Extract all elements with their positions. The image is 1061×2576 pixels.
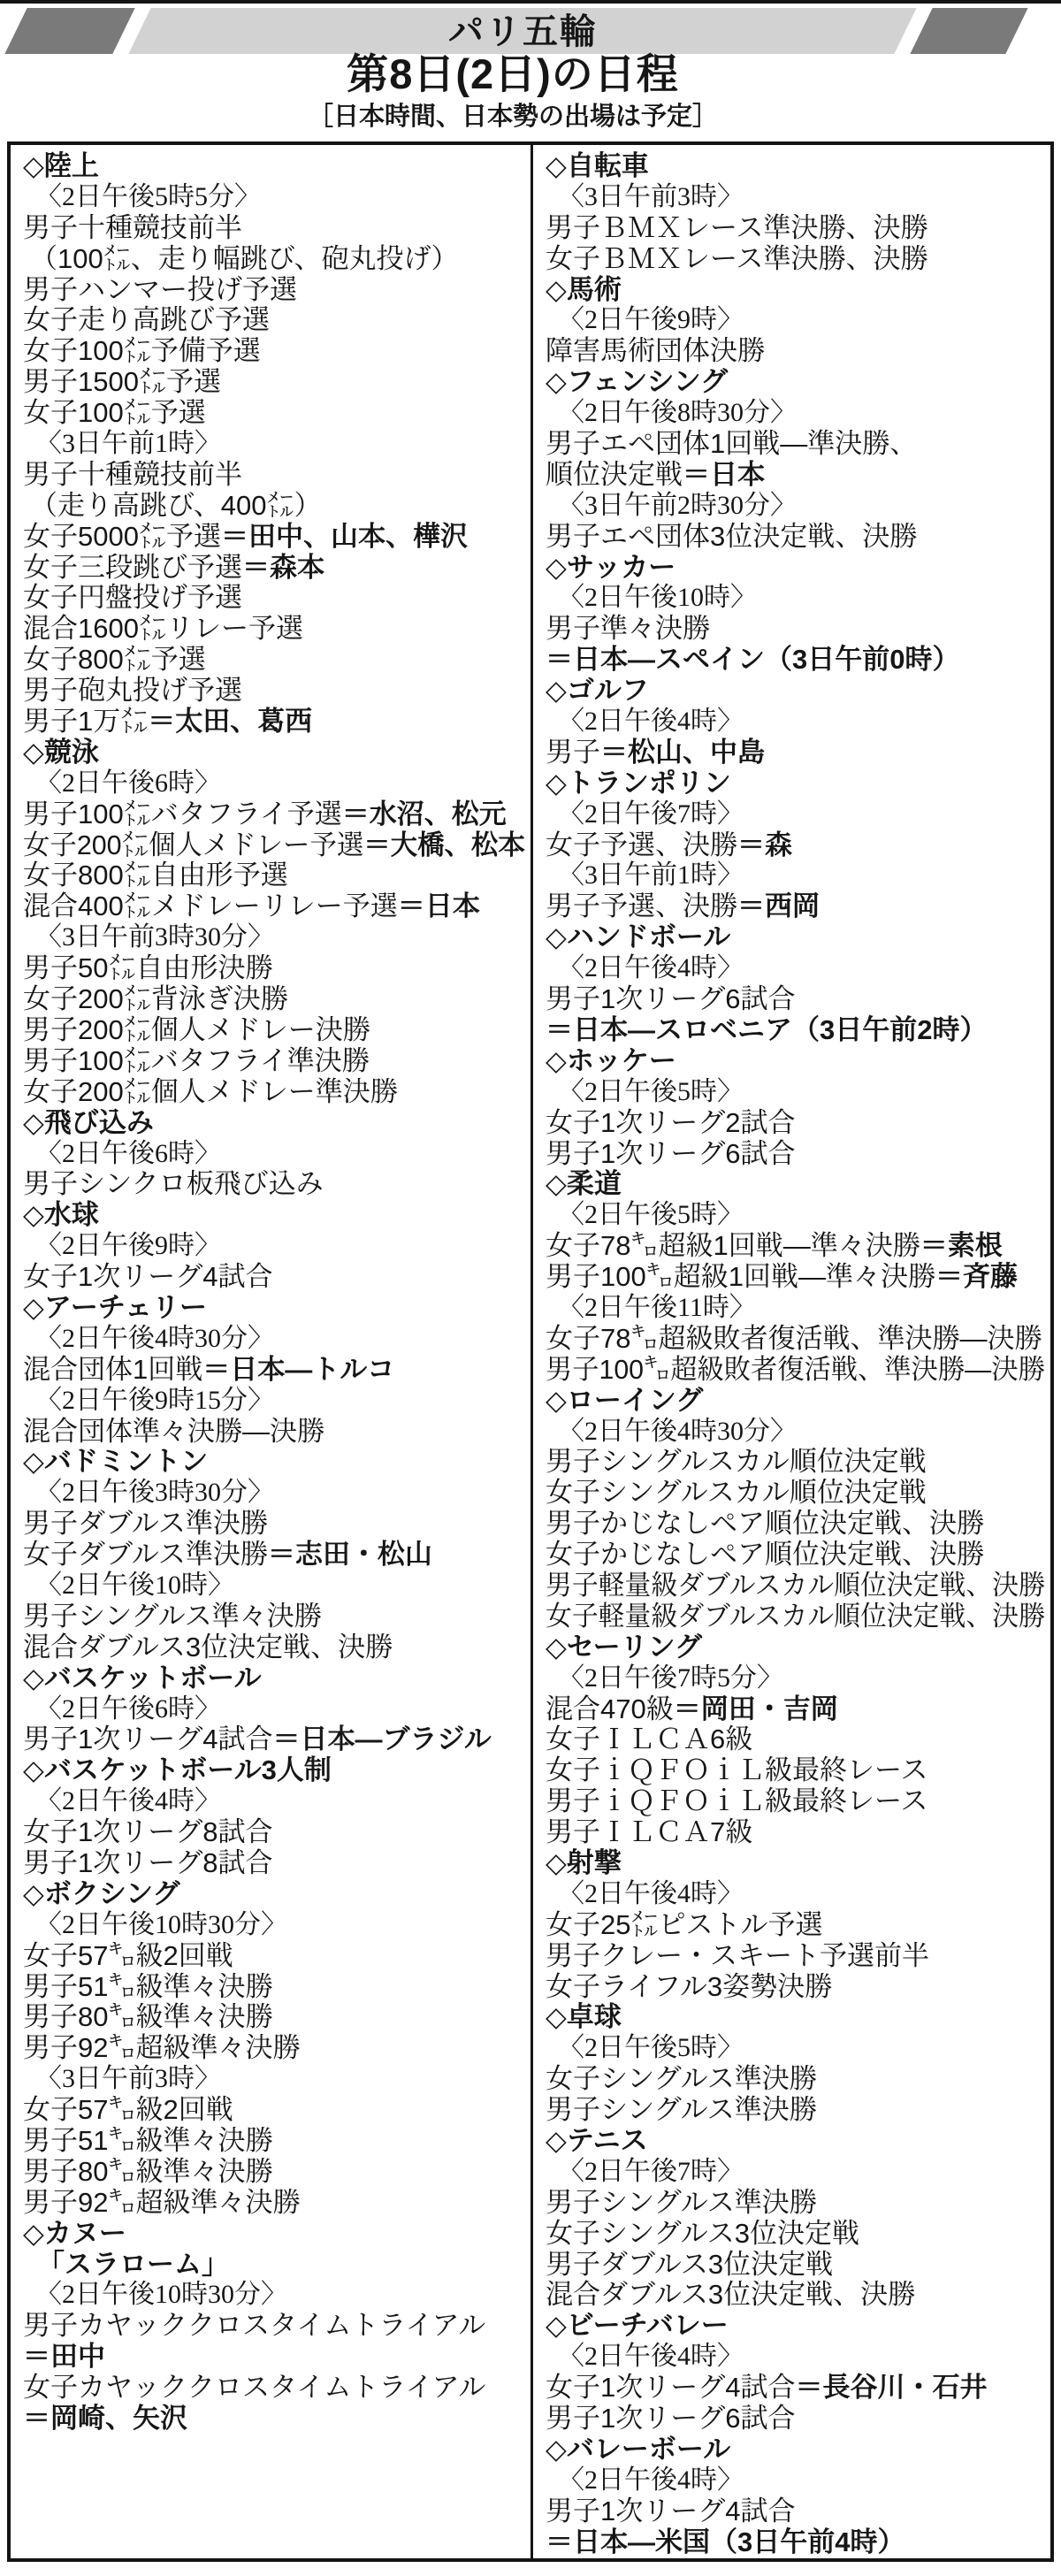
event-item: ＝日本―スペイン（3日午前0時） xyxy=(546,645,1045,676)
event-item: 混合団体1回戦＝日本―トルコ xyxy=(23,1355,525,1386)
line-text: 男子シングルス準決勝 xyxy=(546,2095,817,2126)
line-text: ＝日本―スペイン（3日午前0時） xyxy=(546,645,959,676)
event-item: （走り高跳び、400㍍） xyxy=(23,491,525,522)
line-text: 女子1次リーグ4試合＝長谷川・石井 xyxy=(546,2373,987,2404)
session-time: 〈2日午後10時〉 xyxy=(546,583,1045,614)
line-text: 男子1次リーグ6試合 xyxy=(546,984,795,1015)
session-time: 〈2日午後8時30分〉 xyxy=(546,398,1045,429)
line-text: 男子シングルスカル順位決定戦 xyxy=(546,1447,927,1478)
line-text: 〈2日午後4時〉 xyxy=(558,953,744,984)
line-text: 〈3日午前1時〉 xyxy=(35,429,221,460)
line-text: 「スラローム」 xyxy=(37,2250,229,2281)
line-text: 男子1次リーグ6試合 xyxy=(546,2404,795,2435)
line-text: （走り高跳び、400㍍） xyxy=(30,491,321,522)
line-text: 男子1万㍍＝太田、葛西 xyxy=(23,707,312,738)
event-item: 女子1次リーグ4試合＝長谷川・石井 xyxy=(546,2373,1045,2404)
line-text: 男子1次リーグ8試合 xyxy=(23,1848,272,1879)
sport-header: ◇ホッケー xyxy=(546,1046,1045,1077)
event-item: 女子200㍍背泳ぎ決勝 xyxy=(23,984,525,1015)
session-time: 〈3日午前3時30分〉 xyxy=(23,922,525,953)
event-item: 男子エペ団体1回戦―準決勝、 xyxy=(546,429,1045,460)
line-text: ◇飛び込み xyxy=(23,1108,154,1139)
line-text: 男子51㌔級準々決勝 xyxy=(23,1972,272,2003)
sport-header: ◇自転車 xyxy=(546,151,1045,182)
line-text: 〈2日午後6時〉 xyxy=(35,1139,221,1170)
sport-header: ◇柔道 xyxy=(546,1169,1045,1200)
line-text: 女子ｉＱＦＯｉＬ級最終レース xyxy=(546,1755,927,1786)
event-item: 順位決定戦＝日本 xyxy=(546,460,1045,491)
line-text: 〈2日午後9時15分〉 xyxy=(35,1386,274,1417)
event-item: 女子ＢＭＸレース準決勝、決勝 xyxy=(546,244,1045,275)
line-text: 女子78㌔超級1回戦―準々決勝＝素根 xyxy=(546,1231,1003,1262)
event-item: 女子シングルス準決勝 xyxy=(546,2064,1045,2095)
sport-header: ◇アーチェリー xyxy=(23,1293,525,1324)
line-text: 女子走り高跳び予選 xyxy=(23,305,270,336)
session-time: 〈2日午後4時30分〉 xyxy=(546,1417,1045,1448)
session-time: 〈2日午後6時〉 xyxy=(23,1139,525,1170)
event-item: 女子1次リーグ8試合 xyxy=(23,1817,525,1848)
line-text: 男子200㍍個人メドレー決勝 xyxy=(23,1015,370,1046)
line-text: 女子5000㍍予選＝田中、山本、樺沢 xyxy=(23,522,468,553)
line-text: 男子80㌔級準々決勝 xyxy=(23,2002,272,2033)
event-item: 男子砲丸投げ予選 xyxy=(23,676,525,707)
top-rule xyxy=(0,0,1061,4)
page-subtitle: ［日本時間、日本勢の出場は予定］ xyxy=(0,101,1026,133)
line-text: 女子200㍍個人メドレー予選＝大橋、松本 xyxy=(23,830,525,861)
session-time: 〈2日午後9時〉 xyxy=(23,1231,525,1262)
sport-header: ◇トランポリン xyxy=(546,768,1045,799)
event-item: 男子92㌔超級準々決勝 xyxy=(23,2033,525,2064)
event-item: 男子ダブルス準決勝 xyxy=(23,1509,525,1540)
line-text: ◇セーリング xyxy=(546,1632,702,1663)
line-text: 男子80㌔級準々決勝 xyxy=(23,2157,272,2188)
sport-header: ◇バスケットボール xyxy=(23,1663,525,1694)
line-text: 〈2日午後10時30分〉 xyxy=(35,1910,287,1941)
line-text: ◇卓球 xyxy=(546,2002,622,2033)
sport-header: ◇ゴルフ xyxy=(546,676,1045,707)
schedule-column-left: ◇陸上〈2日午後5時5分〉男子十種競技前半（100㍍、走り幅跳び、砲丸投げ）男子… xyxy=(11,145,530,2558)
line-text: 〈2日午後6時〉 xyxy=(35,768,221,799)
sport-header: ◇射撃 xyxy=(546,1848,1045,1879)
line-text: ◇競泳 xyxy=(23,738,99,768)
event-item: 男子100㍍バタフライ予選＝水沼、松元 xyxy=(23,799,525,830)
sport-header: ◇ローイング xyxy=(546,1386,1045,1417)
line-text: 〈2日午後4時〉 xyxy=(35,1786,221,1817)
event-item: 男子シングルス準々決勝 xyxy=(23,1601,525,1632)
event-item: 女子57㌔級2回戦 xyxy=(23,1941,525,1972)
event-item: 女子100㍍予備予選 xyxy=(23,336,525,367)
sport-header: ◇バスケットボール3人制 xyxy=(23,1755,525,1786)
event-item: 女子100㍍予選 xyxy=(23,398,525,429)
event-item: 男子100㍍バタフライ準決勝 xyxy=(23,1046,525,1077)
session-time: 〈2日午後7時〉 xyxy=(546,799,1045,830)
line-text: 男子ＩＬＣＡ7級 xyxy=(546,1817,752,1848)
line-text: 男子ＢＭＸレース準決勝、決勝 xyxy=(546,213,927,244)
line-text: ＝日本―スロベニア（3日午前2時） xyxy=(546,1015,987,1046)
line-text: 男子準々決勝 xyxy=(546,614,710,645)
line-text: 男子シンクロ板飛び込み xyxy=(23,1169,324,1200)
line-text: ＝日本―米国（3日午前4時） xyxy=(546,2527,905,2558)
line-text: 女子ＩＬＣＡ6級 xyxy=(546,1724,752,1755)
line-text: 〈2日午後4時〉 xyxy=(558,2342,744,2373)
event-item: 男子シングルス準決勝 xyxy=(546,2188,1045,2219)
line-text: 男子100㍍バタフライ準決勝 xyxy=(23,1046,370,1077)
line-text: 女子57㌔級2回戦 xyxy=(23,1941,233,1972)
line-text: ◇自転車 xyxy=(546,151,649,182)
line-text: ◇バレーボール xyxy=(546,2435,730,2465)
event-item: 男子100㌔超級1回戦―準々決勝＝斉藤 xyxy=(546,1262,1045,1293)
event-item: 障害馬術団体決勝 xyxy=(546,336,1045,367)
event-item: 女子予選、決勝＝森 xyxy=(546,830,1045,861)
line-text: 女子ダブルス準決勝＝志田・松山 xyxy=(23,1540,432,1571)
line-text: 男子クレー・スキート予選前半 xyxy=(546,1941,929,1972)
line-text: 〈2日午後7時〉 xyxy=(558,799,744,830)
line-text: 女子800㍍自由形予選 xyxy=(23,860,288,891)
event-item: 女子かじなしペア順位決定戦、決勝 xyxy=(546,1540,1045,1571)
line-text: 〈2日午後3時30分〉 xyxy=(35,1478,274,1509)
line-text: 女子シングルスカル順位決定戦 xyxy=(546,1478,927,1509)
sport-header: ◇水球 xyxy=(23,1200,525,1231)
line-text: 〈3日午前3時〉 xyxy=(35,2064,221,2095)
line-text: 〈2日午後4時30分〉 xyxy=(35,1324,274,1355)
event-item: 女子78㌔超級1回戦―準々決勝＝素根 xyxy=(546,1231,1045,1262)
session-time: 〈3日午前1時〉 xyxy=(546,860,1045,891)
line-text: 〈2日午後5時〉 xyxy=(558,1077,744,1108)
event-item: 男子ダブルス3位決定戦 xyxy=(546,2250,1045,2281)
line-text: ◇水球 xyxy=(23,1200,99,1231)
event-item: 女子軽量級ダブルスカル順位決定戦、決勝 xyxy=(546,1601,1045,1632)
line-text: 女子ライフル3姿勢決勝 xyxy=(546,1972,832,2003)
event-item: 女子78㌔超級敗者復活戦、準決勝―決勝 xyxy=(546,1324,1045,1355)
event-item: 男子92㌔超級準々決勝 xyxy=(23,2188,525,2219)
line-text: （100㍍、走り幅跳び、砲丸投げ） xyxy=(30,244,458,275)
event-item: 女子ＩＬＣＡ6級 xyxy=(546,1724,1045,1755)
line-text: 男子エペ団体1回戦―準決勝、 xyxy=(546,429,917,460)
line-text: 〈3日午前3時〉 xyxy=(558,182,744,213)
line-text: ◇ローイング xyxy=(546,1386,703,1417)
line-text: 〈2日午後4時〉 xyxy=(558,1879,744,1910)
event-item: 女子800㍍自由形予選 xyxy=(23,860,525,891)
sport-header: ◇ビーチバレー xyxy=(546,2311,1045,2342)
line-text: 男子92㌔超級準々決勝 xyxy=(23,2188,300,2219)
line-text: 男子十種競技前半 xyxy=(23,213,242,244)
event-item: 男子80㌔級準々決勝 xyxy=(23,2157,525,2188)
line-text: 順位決定戦＝日本 xyxy=(546,460,765,491)
event-item: 「スラローム」 xyxy=(23,2250,525,2281)
line-text: 〈2日午後9時〉 xyxy=(558,305,744,336)
event-item: 女子200㍍個人メドレー予選＝大橋、松本 xyxy=(23,830,525,861)
line-text: ◇ホッケー xyxy=(546,1046,676,1077)
session-time: 〈2日午後7時5分〉 xyxy=(546,1663,1045,1694)
line-text: 女子100㍍予備予選 xyxy=(23,336,261,367)
session-time: 〈2日午後7時〉 xyxy=(546,2157,1045,2188)
line-text: 女子1次リーグ8試合 xyxy=(23,1817,272,1848)
line-text: ＝岡崎、矢沢 xyxy=(23,2404,187,2435)
line-text: 〈2日午後7時5分〉 xyxy=(558,1663,783,1694)
sport-header: ◇バレーボール xyxy=(546,2435,1045,2465)
event-item: 男子エペ団体3位決定戦、決勝 xyxy=(546,522,1045,553)
line-text: 〈2日午後4時〉 xyxy=(558,707,744,738)
event-item: 男子準々決勝 xyxy=(546,614,1045,645)
line-text: 〈2日午後10時〉 xyxy=(35,1571,234,1601)
line-text: ◇アーチェリー xyxy=(23,1293,207,1324)
event-item: 女子200㍍個人メドレー準決勝 xyxy=(23,1077,525,1108)
line-text: 男子51㌔級準々決勝 xyxy=(23,2126,272,2157)
session-time: 〈3日午前1時〉 xyxy=(23,429,525,460)
line-text: 女子200㍍個人メドレー準決勝 xyxy=(23,1077,398,1108)
line-text: ◇ボクシング xyxy=(23,1879,179,1910)
session-time: 〈2日午後5時〉 xyxy=(546,1077,1045,1108)
event-item: 男子ハンマー投げ予選 xyxy=(23,275,525,306)
event-item: 女子25㍍ピストル予選 xyxy=(546,1910,1045,1941)
event-item: 男子シングルス準決勝 xyxy=(546,2095,1045,2126)
line-text: ◇馬術 xyxy=(546,275,622,306)
session-time: 〈2日午後10時30分〉 xyxy=(23,2280,525,2311)
line-text: ◇カヌー xyxy=(23,2219,126,2250)
line-text: 混合470級＝岡田・吉岡 xyxy=(546,1694,838,1725)
event-item: 男子51㌔級準々決勝 xyxy=(23,2126,525,2157)
line-text: ◇フェンシング xyxy=(546,367,728,398)
line-text: 〈2日午後4時30分〉 xyxy=(558,1417,797,1448)
event-item: 男子100㌔超級敗者復活戦、準決勝―決勝 xyxy=(546,1355,1045,1386)
line-text: 男子50㍍自由形決勝 xyxy=(23,953,272,984)
line-text: 男子ダブルス準決勝 xyxy=(23,1509,268,1540)
line-text: 女子800㍍予選 xyxy=(23,645,206,676)
line-text: ◇ビーチバレー xyxy=(546,2311,729,2342)
event-item: ＝日本―スロベニア（3日午前2時） xyxy=(546,1015,1045,1046)
event-item: 女子1次リーグ4試合 xyxy=(23,1262,525,1293)
event-item: 男子軽量級ダブルスカル順位決定戦、決勝 xyxy=(546,1571,1045,1601)
line-text: 混合400㍍メドレーリレー予選＝日本 xyxy=(23,891,480,922)
event-item: 混合団体準々決勝―決勝 xyxy=(23,1417,525,1448)
line-text: 男子シングルス準決勝 xyxy=(546,2188,817,2219)
line-text: 男子ハンマー投げ予選 xyxy=(23,275,297,306)
sport-header: ◇ボクシング xyxy=(23,1879,525,1910)
line-text: ◇柔道 xyxy=(546,1169,622,1200)
line-text: 男子100㌔超級敗者復活戦、準決勝―決勝 xyxy=(546,1355,1045,1386)
banner-left-slab xyxy=(4,8,134,54)
event-item: ＝岡崎、矢沢 xyxy=(23,2404,525,2435)
event-item: 男子予選、決勝＝西岡 xyxy=(546,891,1045,922)
line-text: 混合団体準々決勝―決勝 xyxy=(23,1417,324,1448)
line-text: 男子予選、決勝＝西岡 xyxy=(546,891,820,922)
line-text: ◇バスケットボール3人制 xyxy=(23,1755,332,1786)
event-item: 男子1500㍍予選 xyxy=(23,367,525,398)
event-item: 混合470級＝岡田・吉岡 xyxy=(546,1694,1045,1725)
event-item: 男子ＢＭＸレース準決勝、決勝 xyxy=(546,213,1045,244)
session-time: 〈2日午後4時〉 xyxy=(23,1786,525,1817)
line-text: ◇陸上 xyxy=(23,151,99,182)
line-text: 男子100㌔超級1回戦―準々決勝＝斉藤 xyxy=(546,1262,1018,1293)
sport-header: ◇陸上 xyxy=(23,151,525,182)
session-time: 〈2日午後6時〉 xyxy=(23,1694,525,1725)
line-text: ◇トランポリン xyxy=(546,768,731,799)
session-time: 〈3日午前3時〉 xyxy=(23,2064,525,2095)
line-text: 男子ダブルス3位決定戦 xyxy=(546,2250,833,2281)
line-text: ◇サッカー xyxy=(546,553,676,584)
line-text: 〈2日午後10時30分〉 xyxy=(35,2280,287,2311)
event-item: 男子200㍍個人メドレー決勝 xyxy=(23,1015,525,1046)
session-time: 〈2日午後4時〉 xyxy=(546,953,1045,984)
line-text: ◇ゴルフ xyxy=(546,676,649,707)
event-item: 女子三段跳び予選＝森本 xyxy=(23,553,525,584)
session-time: 〈2日午後9時〉 xyxy=(546,305,1045,336)
line-text: 〈2日午後11時〉 xyxy=(558,1293,756,1324)
sport-header: ◇フェンシング xyxy=(546,367,1045,398)
line-text: 〈2日午後5時5分〉 xyxy=(35,182,261,213)
line-text: 男子砲丸投げ予選 xyxy=(23,676,242,707)
event-item: 男子クレー・スキート予選前半 xyxy=(546,1941,1045,1972)
line-text: ＝田中 xyxy=(23,2342,105,2373)
line-text: 混合ダブルス3位決定戦、決勝 xyxy=(546,2280,915,2311)
olympics-banner: パリ五輪 xyxy=(0,8,1061,54)
event-item: 男子シングルスカル順位決定戦 xyxy=(546,1447,1045,1478)
line-text: 女子1次リーグ2試合 xyxy=(546,1108,795,1139)
line-text: 〈3日午前3時30分〉 xyxy=(35,922,274,953)
line-text: ◇バドミントン xyxy=(23,1447,208,1478)
line-text: ◇ハンドボール xyxy=(546,922,730,953)
event-item: 男子＝松山、中島 xyxy=(546,738,1045,768)
sport-header: ◇競泳 xyxy=(23,738,525,768)
event-item: 男子1次リーグ6試合 xyxy=(546,2404,1045,2435)
line-text: 〈2日午後8時30分〉 xyxy=(558,398,797,429)
line-text: 女子シングルス3位決定戦 xyxy=(546,2219,859,2250)
line-text: 女子軽量級ダブルスカル順位決定戦、決勝 xyxy=(546,1601,1045,1632)
event-item: 男子1万㍍＝太田、葛西 xyxy=(23,707,525,738)
event-item: 女子円盤投げ予選 xyxy=(23,583,525,614)
sport-header: ◇卓球 xyxy=(546,2002,1045,2033)
event-item: 男子カヤッククロスタイムトライアル xyxy=(23,2311,525,2342)
event-item: 女子走り高跳び予選 xyxy=(23,305,525,336)
line-text: 男子かじなしペア順位決定戦、決勝 xyxy=(546,1509,984,1540)
session-time: 〈3日午前3時〉 xyxy=(546,182,1045,213)
session-time: 〈2日午後6時〉 xyxy=(23,768,525,799)
event-item: 混合ダブルス3位決定戦、決勝 xyxy=(23,1632,525,1663)
line-text: 男子＝松山、中島 xyxy=(546,738,765,768)
event-item: 男子1次リーグ4試合 xyxy=(546,2496,1045,2527)
banner-right-slab xyxy=(910,8,1027,54)
event-item: 男子1次リーグ4試合＝日本―ブラジル xyxy=(23,1724,525,1755)
event-item: 男子ｉＱＦＯｉＬ級最終レース xyxy=(546,1786,1045,1817)
sport-header: ◇テニス xyxy=(546,2126,1045,2157)
line-text: 女子25㍍ピストル予選 xyxy=(546,1910,822,1941)
event-item: ＝田中 xyxy=(23,2342,525,2373)
session-time: 〈2日午後10時〉 xyxy=(23,1571,525,1601)
event-item: 女子800㍍予選 xyxy=(23,645,525,676)
sport-header: ◇ハンドボール xyxy=(546,922,1045,953)
sport-header: ◇セーリング xyxy=(546,1632,1045,1663)
line-text: 女子三段跳び予選＝森本 xyxy=(23,553,324,584)
event-item: 男子50㍍自由形決勝 xyxy=(23,953,525,984)
line-text: 女子かじなしペア順位決定戦、決勝 xyxy=(546,1540,984,1571)
line-text: 男子1次リーグ4試合＝日本―ブラジル xyxy=(23,1724,492,1755)
event-item: 男子ＩＬＣＡ7級 xyxy=(546,1817,1045,1848)
line-text: 混合団体1回戦＝日本―トルコ xyxy=(23,1355,394,1386)
sport-header: ◇カヌー xyxy=(23,2219,525,2250)
session-time: 〈2日午後5時〉 xyxy=(546,1200,1045,1231)
event-item: 女子ダブルス準決勝＝志田・松山 xyxy=(23,1540,525,1571)
event-item: 女子シングルスカル順位決定戦 xyxy=(546,1478,1045,1509)
line-text: 女子円盤投げ予選 xyxy=(23,583,242,614)
line-text: 男子シングルス準々決勝 xyxy=(23,1601,322,1632)
session-time: 〈2日午後5時〉 xyxy=(546,2033,1045,2064)
event-item: 女子シングルス3位決定戦 xyxy=(546,2219,1045,2250)
event-item: 男子かじなしペア順位決定戦、決勝 xyxy=(546,1509,1045,1540)
line-text: 男子1500㍍予選 xyxy=(23,367,221,398)
sport-header: ◇サッカー xyxy=(546,553,1045,584)
line-text: ◇テニス xyxy=(546,2126,648,2157)
line-text: 女子78㌔超級敗者復活戦、準決勝―決勝 xyxy=(546,1324,1042,1355)
event-item: 男子1次リーグ8試合 xyxy=(23,1848,525,1879)
line-text: 男子軽量級ダブルスカル順位決定戦、決勝 xyxy=(546,1571,1045,1601)
line-text: 男子92㌔超級準々決勝 xyxy=(23,2033,300,2064)
event-item: 混合ダブルス3位決定戦、決勝 xyxy=(546,2280,1045,2311)
line-text: 〈3日午前1時〉 xyxy=(558,860,744,891)
session-time: 〈2日午後4時30分〉 xyxy=(23,1324,525,1355)
line-text: 混合ダブルス3位決定戦、決勝 xyxy=(23,1632,393,1663)
session-time: 〈2日午後4時〉 xyxy=(546,2465,1045,2496)
event-item: 混合1600㍍リレー予選 xyxy=(23,614,525,645)
event-item: 男子十種競技前半 xyxy=(23,460,525,491)
session-time: 〈2日午後4時〉 xyxy=(546,1879,1045,1910)
line-text: 障害馬術団体決勝 xyxy=(546,336,765,367)
line-text: 女子200㍍背泳ぎ決勝 xyxy=(23,984,288,1015)
event-item: 男子シンクロ板飛び込み xyxy=(23,1169,525,1200)
line-text: 混合1600㍍リレー予選 xyxy=(23,614,303,645)
event-item: ＝日本―米国（3日午前4時） xyxy=(546,2527,1045,2558)
line-text: 〈2日午後5時〉 xyxy=(558,1200,744,1231)
line-text: 女子1次リーグ4試合 xyxy=(23,1262,272,1293)
event-item: 男子1次リーグ6試合 xyxy=(546,1139,1045,1170)
line-text: 〈2日午後5時〉 xyxy=(558,2033,744,2064)
event-item: 女子1次リーグ2試合 xyxy=(546,1108,1045,1139)
session-time: 〈2日午後3時30分〉 xyxy=(23,1478,525,1509)
line-text: 女子シングルス準決勝 xyxy=(546,2064,817,2095)
line-text: 男子100㍍バタフライ予選＝水沼、松元 xyxy=(23,799,507,830)
session-time: 〈2日午後10時30分〉 xyxy=(23,1910,525,1941)
line-text: 女子カヤッククロスタイムトライアル xyxy=(23,2373,485,2404)
session-time: 〈2日午後11時〉 xyxy=(546,1293,1045,1324)
event-item: 女子ｉＱＦＯｉＬ級最終レース xyxy=(546,1755,1045,1786)
session-time: 〈2日午後4時〉 xyxy=(546,707,1045,738)
session-time: 〈3日午前2時30分〉 xyxy=(546,491,1045,522)
line-text: ◇バスケットボール xyxy=(23,1663,262,1694)
line-text: 女子57㌔級2回戦 xyxy=(23,2095,233,2126)
session-time: 〈2日午後5時5分〉 xyxy=(23,182,525,213)
session-time: 〈2日午後9時15分〉 xyxy=(23,1386,525,1417)
line-text: 〈2日午後6時〉 xyxy=(35,1694,221,1725)
event-item: 男子1次リーグ6試合 xyxy=(546,984,1045,1015)
event-item: 男子十種競技前半 xyxy=(23,213,525,244)
session-time: 〈2日午後4時〉 xyxy=(546,2342,1045,2373)
sport-header: ◇バドミントン xyxy=(23,1447,525,1478)
line-text: 男子カヤッククロスタイムトライアル xyxy=(23,2311,485,2342)
line-text: 男子十種競技前半 xyxy=(23,460,242,491)
sport-header: ◇馬術 xyxy=(546,275,1045,306)
event-item: 男子51㌔級準々決勝 xyxy=(23,1972,525,2003)
line-text: 女子予選、決勝＝森 xyxy=(546,830,792,861)
event-item: 混合400㍍メドレーリレー予選＝日本 xyxy=(23,891,525,922)
event-item: 女子カヤッククロスタイムトライアル xyxy=(23,2373,525,2404)
line-text: ◇射撃 xyxy=(546,1848,622,1879)
line-text: 男子1次リーグ6試合 xyxy=(546,1139,795,1170)
event-item: 女子5000㍍予選＝田中、山本、樺沢 xyxy=(23,522,525,553)
line-text: 〈3日午前2時30分〉 xyxy=(558,491,797,522)
line-text: 〈2日午後7時〉 xyxy=(558,2157,744,2188)
page-title: 第8日(2日)の日程 xyxy=(0,51,1026,97)
schedule-table: ◇陸上〈2日午後5時5分〉男子十種競技前半（100㍍、走り幅跳び、砲丸投げ）男子… xyxy=(7,141,1054,2562)
line-text: 男子1次リーグ4試合 xyxy=(546,2496,795,2527)
